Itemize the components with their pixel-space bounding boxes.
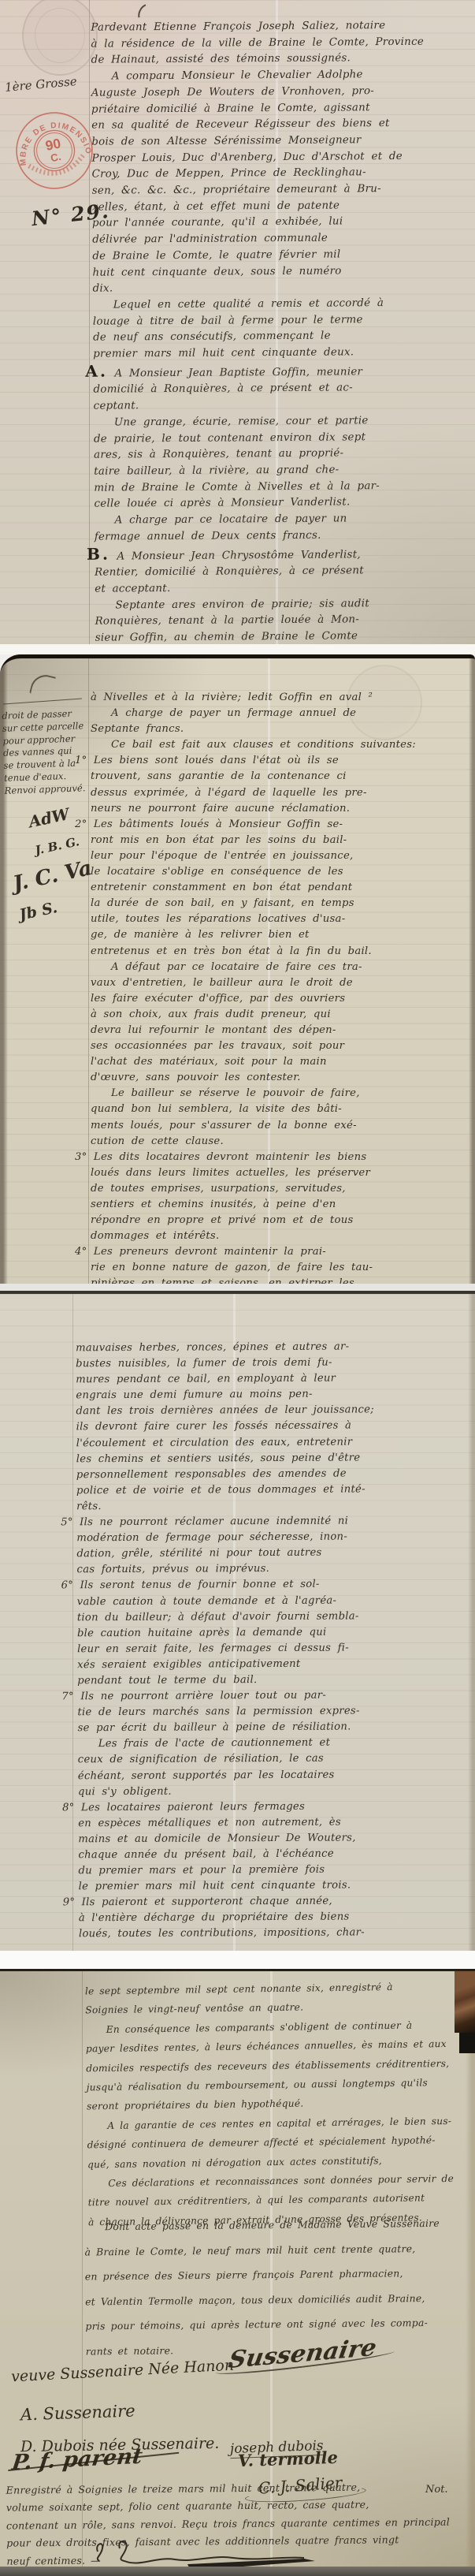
text-line: Septante francs. (91, 721, 472, 737)
text-line: d'œuvre, sans pouvoir les contester. (91, 1070, 472, 1086)
text-line: leur en serait faite, les fermages ci de… (77, 1639, 471, 1657)
text-line: A charge de payer un fermage annuel de (91, 706, 472, 721)
receiver-signature-flourish (93, 2537, 353, 2569)
text-line: A défaut par ce locataire de faire ces t… (91, 960, 472, 975)
signature: veuve Sussenaire Née Hanon (11, 2357, 235, 2386)
paraph-mark (29, 672, 56, 699)
text-line: l'écoulement et circulation des eaux, en… (76, 1433, 470, 1452)
text-line: 9° Ils paieront et supporteront chaque a… (63, 1893, 473, 1911)
text-line: police et de voirie et de tous dommages … (76, 1482, 470, 1500)
text-line: loués dans leurs limites actuelles, les … (91, 1165, 472, 1181)
text-line: B. A Monsieur Jean Chrysostôme Vanderlis… (87, 543, 473, 565)
text-line: ils devront faire curer les fossés néces… (76, 1418, 470, 1436)
text-line: 2° Les bâtiments loués à Monsieur Goffin… (75, 817, 472, 833)
text-line: trouvent, sans garantie de la contenance… (91, 769, 472, 785)
text-line: ge, de manière à les relivrer bien et (91, 927, 472, 943)
scan-gap (0, 1284, 475, 1291)
text-line: échéant, seront supportés par les locata… (78, 1766, 472, 1784)
page-4-photo: le sept septembre mil sept cent nonante … (0, 1969, 475, 2569)
text-line: ront mis en bon état par les soins du ba… (91, 833, 472, 848)
text-line: quand bon lui semblera, la visite des bâ… (91, 1102, 472, 1117)
text-line: les faire exécuter d'office, par des ouv… (91, 991, 472, 1007)
text-line: pendant tout le terme du bail. (77, 1672, 471, 1690)
text-line: mains et au domicile de Monsieur De Wout… (78, 1830, 472, 1848)
text-line: devra lui refournir le montant des dépen… (91, 1023, 472, 1038)
text-line: répondre en propre et privé nom et de to… (91, 1213, 472, 1228)
text-line: entretenus et en très bon état à la fin … (91, 944, 472, 960)
text-line: le premier mars mil huit cent cinquante … (79, 1877, 473, 1896)
text-line: à la résidence de la ville de Braine le … (91, 34, 469, 53)
text-line: cas fortuits, prévus ou imprévus. (76, 1560, 470, 1579)
paraph-initials: Jb S. (18, 893, 88, 923)
page-1-text: Pardevant Etienne François Joseph Saliez… (91, 17, 473, 644)
embossed-seal (22, 0, 98, 76)
text-line: les chemins et sentiers usités, sous pei… (76, 1449, 470, 1467)
margin-rule (72, 1294, 73, 1954)
text-line: sentiers et chemins inusités, à peine d'… (91, 1197, 472, 1213)
text-line: entretenir constamment en bon état penda… (91, 880, 472, 896)
text-line: 5° Ils ne pourront réclamer aucune indem… (61, 1513, 470, 1531)
signature: Sussenaire (227, 2334, 379, 2374)
text-line: dommages et intérêts. (91, 1228, 472, 1244)
text-line: tion du bailleur; à défaut d'avoir fourn… (77, 1608, 471, 1626)
text-line: Ce bail est fait aux clauses et conditio… (91, 737, 472, 753)
text-line: se par écrit du bailleur à peine de rési… (78, 1719, 472, 1737)
text-line: ses occasionnées par les travaux, soit p… (91, 1038, 472, 1054)
text-line: 6° Ils seront tenus de fournir bonne et … (61, 1576, 471, 1594)
text-line: l'achat des matériaux, soit pour la main (91, 1054, 472, 1070)
text-line: loués, toutes les contributions, imposit… (79, 1925, 473, 1943)
text-line: xés seraient exigibles anticipativement (77, 1656, 471, 1674)
text-line: dessus exprimée, à l'égard de laquelle l… (91, 785, 472, 801)
text-line: dant les trois dernières années de leur … (76, 1402, 469, 1420)
page-2-text: à Nivelles et à la rivière; ledit Goffin… (91, 690, 472, 1288)
text-line: qui s'y obligent. (78, 1782, 472, 1800)
text-line: mauvaises herbes, ronces, épines et autr… (76, 1339, 469, 1357)
scan-gap (0, 644, 475, 654)
margin-note: droit de passersur cette parcellepour ap… (2, 707, 88, 797)
revenue-stamp: ✻ TIMBRE DE DIMENSION ✻ 90 C. (7, 103, 102, 199)
paraph-initials: J. C. Va (11, 858, 88, 897)
text-line: tie de leurs marchés sans la permission … (77, 1703, 471, 1721)
text-line: engrais une demi fumure au moins pen- (76, 1386, 469, 1404)
text-line: bustes nuisibles, la fumer de trois demi… (76, 1355, 469, 1373)
margin-note-line: Renvoi approuvé. (4, 782, 87, 797)
text-line: 1° Les biens sont loués dans l'état où i… (75, 753, 472, 769)
scan-edge (0, 2567, 475, 2576)
text-line: rie en bonne nature de gazon, de faire l… (91, 1260, 472, 1276)
text-line: la durée de son bail, en y faisant, en t… (91, 896, 472, 911)
text-line: du premier mars et pour la première fois (78, 1862, 472, 1880)
page-3-photo: mauvaises herbes, ronces, épines et autr… (0, 1291, 475, 1954)
scan-gap (0, 1951, 475, 1969)
text-line: 4° Les preneurs devront maintenir la pra… (75, 1244, 472, 1260)
signature: V. termolle (238, 2447, 339, 2470)
text-line: 8° Les locataires paieront leurs fermage… (62, 1798, 472, 1816)
text-line: ceux de signification de résiliation, le… (78, 1750, 472, 1769)
text-line: vable caution à toute demande et à l'agr… (77, 1592, 471, 1610)
text-line: utile, toutes les réparations locatives … (91, 911, 472, 927)
text-line: ments loués, pour s'assurer de la bonne … (91, 1118, 472, 1134)
text-line: à l'entière décharge du propriétaire des… (79, 1909, 473, 1927)
margin-paraphs: AdWJ. B. G.J. C. VaJb S. (0, 799, 87, 917)
revenue-stamp-graphic: ✻ TIMBRE DE DIMENSION ✻ 90 C. (7, 103, 102, 199)
text-line: sieur Goffin, au chemin de Braine le Com… (95, 628, 473, 644)
text-line: A. A Monsieur Jean Baptiste Goffin, meun… (85, 360, 471, 382)
margin-note-rule (3, 699, 82, 705)
page-2-photo: droit de passersur cette parcellepour ap… (0, 654, 475, 1288)
text-line: leur pour l'époque de l'entrée en jouiss… (91, 848, 472, 864)
text-line: à Nivelles et à la rivière; ledit Goffin… (91, 690, 472, 706)
text-line: en espèces métalliques et non autrement,… (78, 1814, 472, 1832)
grosse-label: 1ère Grosse (4, 74, 77, 95)
text-line: rêts. (76, 1497, 470, 1515)
text-line: Les frais de l'acte de cautionnement et (78, 1735, 472, 1753)
text-line: 3° Les dits locataires devront maintenir… (75, 1150, 472, 1165)
text-line: à son choix, aux frais dudit preneur, qu… (91, 1007, 472, 1023)
text-line: Le bailleur se réserve le pouvoir de fai… (91, 1086, 472, 1102)
text-line: 7° Ils ne pourront arrière louer tout ou… (61, 1687, 471, 1706)
stamp-unit: C. (50, 151, 62, 164)
text-line: mures pendant ce bail, en employant à le… (76, 1370, 469, 1389)
text-line: modération de fermage pour sécheresse, i… (76, 1529, 470, 1547)
text-line: dation, grêle, stérilité ni pour tout au… (76, 1545, 470, 1563)
text-line: de toutes emprises, usurpations, servitu… (91, 1181, 472, 1197)
text-line: le locataire s'oblige en conséquence de … (91, 864, 472, 880)
text-line: neurs ne pourront faire aucune réclamati… (91, 801, 472, 817)
text-line: cution de cette clause. (91, 1134, 472, 1150)
text-line: vaux d'entretien, le bailleur aura le dr… (91, 975, 472, 991)
text-line: ble caution huitaine après la demande qu… (77, 1624, 471, 1642)
text-line: chaque année du présent bail, à l'échéan… (78, 1846, 472, 1864)
page-3-text: mauvaises herbes, ronces, épines et autr… (76, 1339, 473, 1943)
paraph-initials: J. B. G. (34, 833, 87, 857)
page-1-photo: 1ère Grosse ✻ TIMBRE DE DIMENSION ✻ 90 C… (0, 0, 475, 644)
signature: A. Sussenaire (20, 2401, 135, 2424)
text-line: personnellement responsables des amendes… (76, 1465, 470, 1483)
